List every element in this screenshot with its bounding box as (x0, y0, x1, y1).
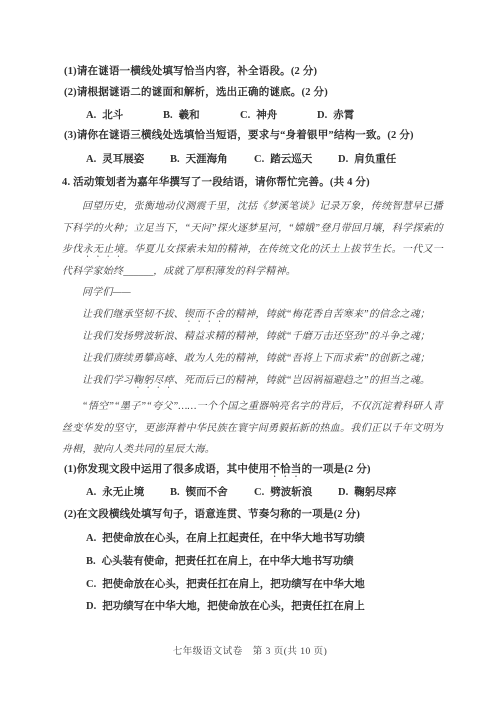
option-line-a: A.把使命放在心头，在肩上扛起责任，在中华大地书写功绩 (86, 532, 470, 546)
option-text: 灵耳展姿 (102, 154, 144, 165)
question-3-3: (3)请你在谜语三横线处选填恰当短语，要求与“身着银甲”结构一致。(2 分) (64, 129, 464, 143)
passage-line-4: 让我们学习鞠躬尽瘁、死而后已的精神，铸就“岂因祸福避趋之”的担当之魂。 (62, 374, 470, 391)
option-item: D.鞠躬尽瘁 (338, 486, 396, 500)
question-text: 的一项是(2 分) (302, 464, 371, 475)
option-text: 羲和 (179, 110, 200, 121)
emphasized-text: 鞠躬尽瘁 (133, 375, 174, 386)
question-3-2-options: A.北斗B.羲和C.神舟D.赤霄 (86, 109, 470, 123)
passage-text: 的精神，铸就“梅花香自苦寒来”的信念之魂； (225, 309, 430, 320)
option-item: D.肩负重任 (338, 153, 396, 167)
passage-text: 、死而后已的精神，铸就“岂因祸福避趋之”的担当之魂。 (174, 375, 430, 386)
option-line-d: D.把功绩写在中华大地，把使命放在心头，把责任扛在肩上 (86, 600, 470, 614)
option-label: D. (317, 110, 327, 121)
option-item: D.赤霄 (317, 109, 354, 123)
option-label: D. (338, 487, 348, 498)
emphasized-text: 锲而不舍 (184, 309, 225, 320)
option-label: C. (86, 579, 96, 590)
closing-passage-paragraph-2: “悟空”“墨子”“夸父”……一个个国之重器响亮名字的背后，不仅沉淀着科研人青丝变… (62, 396, 443, 461)
exam-page: (1)请在谜语一横线处填写恰当内容，补全语段。(2 分) (2)请根据谜语二的谜… (0, 0, 500, 707)
question-3-1: (1)请在谜语一横线处填写恰当内容，补全语段。(2 分) (64, 65, 464, 79)
option-item: A.灵耳展姿 (86, 153, 170, 167)
option-text: 永无止境 (102, 487, 144, 498)
option-line-c: C.把使命放在心头，把责任扛在肩上，把功绩写在中华大地 (86, 578, 470, 592)
question-4-1: (1)你发现文段中运用了很多成语，其中使用不恰当的一项是(2 分) (64, 463, 464, 480)
option-text: 神舟 (256, 110, 277, 121)
option-text: 赤霄 (333, 110, 354, 121)
option-text: 北斗 (102, 110, 123, 121)
question-4-1-options: A.永无止境B.锲而不舍C.劈波斩浪D.鞠躬尽瘁 (86, 486, 470, 500)
option-item: A.永无止境 (86, 486, 170, 500)
option-item: B.羲和 (163, 109, 240, 123)
option-label: A. (86, 487, 96, 498)
passage-text: 让我们学习 (82, 375, 133, 386)
fill-in-blank: ______ (123, 266, 153, 277)
passage-salutation: 同学们—— (62, 286, 470, 300)
option-text: 天涯海角 (186, 154, 228, 165)
question-3-2: (2)请根据谜语二的谜面和解析，选出正确的谜底。(2 分) (64, 86, 464, 100)
option-item: A.北斗 (86, 109, 163, 123)
option-text: 心头装有使命，把责任扛在肩上，在中华大地书写功绩 (102, 556, 354, 567)
option-item: C.劈波斩浪 (254, 486, 338, 500)
option-line-b: B.心头装有使命，把责任扛在肩上，在中华大地书写功绩 (86, 555, 470, 569)
option-label: B. (86, 556, 96, 567)
option-label: A. (86, 154, 96, 165)
passage-text: ，成就了厚积薄发的科学精神。 (153, 266, 296, 277)
option-item: C.神舟 (240, 109, 317, 123)
option-item: C.踏云巡天 (254, 153, 338, 167)
option-text: 肩负重任 (354, 154, 396, 165)
option-label: B. (170, 487, 180, 498)
option-label: A. (86, 533, 96, 544)
option-text: 鞠躬尽瘁 (354, 487, 396, 498)
option-label: C. (254, 154, 264, 165)
closing-passage-paragraph-1: 回望历史，张衡地动仪测震千里，沈括《梦溪笔谈》记录万象，传统智慧早已播下科学的火… (62, 196, 443, 283)
passage-line-3: 让我们赓续勇攀高峰、敢为人先的精神，铸就“吾将上下而求索”的创新之魂； (62, 352, 470, 366)
option-text: 锲而不舍 (186, 487, 228, 498)
option-text: 劈波斩浪 (270, 487, 312, 498)
option-label: D. (86, 601, 96, 612)
option-label: B. (170, 154, 180, 165)
option-label: A. (86, 110, 96, 121)
option-text: 踏云巡天 (270, 154, 312, 165)
option-label: B. (163, 110, 173, 121)
option-item: B.锲而不舍 (170, 486, 254, 500)
option-text: 把使命放在心头，把责任扛在肩上，把功绩写在中华大地 (102, 579, 365, 590)
passage-line-1: 让我们继承坚韧不拔、锲而不舍的精神，铸就“梅花香自苦寒来”的信念之魂； (62, 308, 470, 325)
option-label: D. (338, 154, 348, 165)
passage-text: 让我们继承坚韧不拔、 (82, 309, 184, 320)
emphasized-text: 永无止境 (83, 244, 124, 255)
option-item: B.天涯海角 (170, 153, 254, 167)
emphasized-text: 不恰当 (269, 464, 301, 475)
passage-line-2: 让我们发扬劈波斩浪、精益求精的精神，铸就“千磨万击还坚劲”的斗争之魂； (62, 330, 470, 344)
option-text: 把使命放在心头，在肩上扛起责任，在中华大地书写功绩 (102, 533, 365, 544)
question-text: (1)你发现文段中运用了很多成语，其中使用 (64, 464, 269, 475)
option-text: 把功绩写在中华大地，把使命放在心头，把责任扛在肩上 (102, 601, 365, 612)
option-label: C. (240, 110, 250, 121)
question-4-stem: 4. 活动策划者为嘉年华撰写了一段结语，请你帮忙完善。(共 4 分) (62, 176, 464, 190)
question-4-2: (2)在文段横线处填写句子，语意连贯、节奏匀称的一项是(2 分) (64, 508, 464, 522)
option-label: C. (254, 487, 264, 498)
page-footer: 七年级语文试卷 第 3 页(共 10 页) (0, 643, 500, 657)
question-3-3-options: A.灵耳展姿B.天涯海角C.踏云巡天D.肩负重任 (86, 153, 470, 167)
